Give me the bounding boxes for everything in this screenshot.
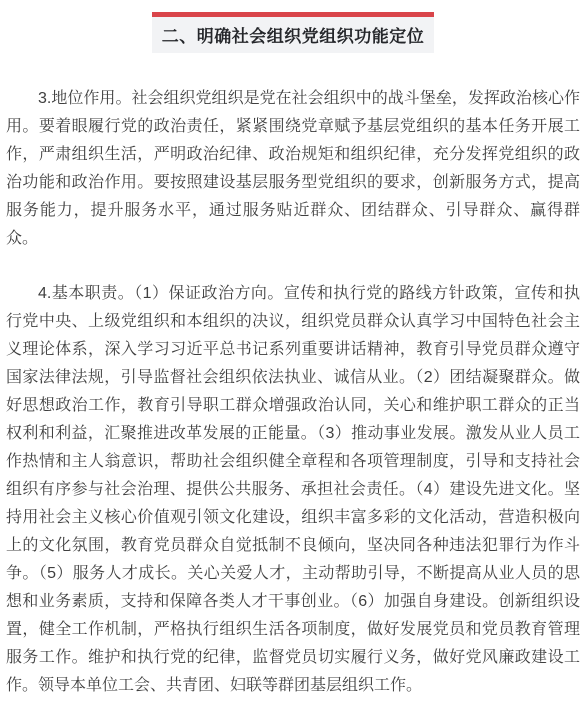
paragraph-basic-duties: 4.基本职责。（1）保证政治方向。宣传和执行党的路线方针政策，宣传和执行党中央、…	[6, 280, 580, 700]
document-body: 3.地位作用。社会组织党组织是党在社会组织中的战斗堡垒，发挥政治核心作用。要着眼…	[0, 53, 586, 700]
section-title-box: 二、明确社会组织党组织功能定位	[152, 12, 435, 53]
section-header: 二、明确社会组织党组织功能定位	[0, 0, 586, 53]
paragraph-position-role: 3.地位作用。社会组织党组织是党在社会组织中的战斗堡垒，发挥政治核心作用。要着眼…	[6, 85, 580, 253]
section-title: 二、明确社会组织党组织功能定位	[152, 17, 435, 53]
document: 二、明确社会组织党组织功能定位 3.地位作用。社会组织党组织是党在社会组织中的战…	[0, 0, 586, 713]
